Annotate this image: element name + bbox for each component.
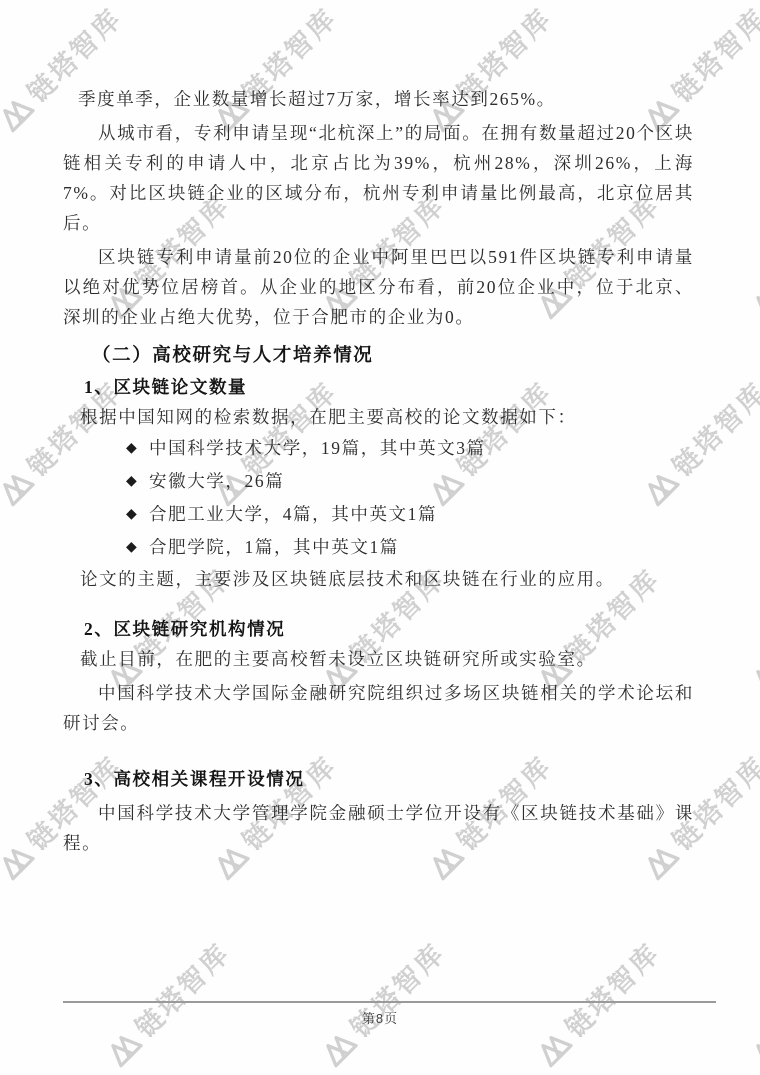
bullet-list: ◆中国科学技术大学，19篇，其中英文3篇◆安徽大学，26篇◆合肥工业大学，4篇，… [63, 432, 694, 564]
subsection-heading: 1、区块链论文数量 [63, 372, 694, 402]
bullet-item: ◆合肥学院，1篇，其中英文1篇 [63, 531, 694, 564]
watermark-text: 链塔智库 [555, 932, 667, 1044]
liantazhiku-logo-icon [317, 1025, 359, 1067]
liantazhiku-logo-icon [747, 651, 760, 693]
watermark: 链塔智库 [742, 932, 760, 1072]
footer-rule [63, 1001, 716, 1003]
watermark-text: 链塔智库 [340, 932, 452, 1044]
bullet-item: ◆合肥工业大学，4篇，其中英文1篇 [63, 498, 694, 531]
subsection-heading: 2、区块链研究机构情况 [63, 614, 694, 644]
paragraph: 从城市看，专利申请呈现“北杭深上”的局面。在拥有数量超过20个区块链相关专利的申… [63, 118, 694, 238]
paragraph: 中国科学技术大学管理学院金融硕士学位开设有《区块链技术基础》课程。 [63, 798, 694, 858]
bullet-item: ◆安徽大学，26篇 [63, 465, 694, 498]
liantazhiku-logo-icon [747, 277, 760, 319]
subsection-heading: 3、高校相关课程开设情况 [63, 764, 694, 794]
bullet-text: 合肥工业大学，4篇，其中英文1篇 [149, 504, 437, 524]
liantazhiku-logo-icon [0, 464, 37, 506]
paragraph: 论文的主题，主要涉及区块链底层技术和区块链在行业的应用。 [63, 564, 694, 594]
liantazhiku-logo-icon [747, 1025, 760, 1067]
paragraph: 区块链专利申请量前20位的企业中阿里巴巴以591件区块链专利申请量以绝对优势位居… [63, 242, 694, 332]
liantazhiku-logo-icon [0, 90, 37, 132]
diamond-icon: ◆ [126, 531, 138, 564]
watermark: 链塔智库 [742, 558, 760, 698]
diamond-icon: ◆ [126, 465, 138, 498]
paragraph: 截止目前，在肥的主要高校暂未设立区块链研究所或实验室。 [63, 644, 694, 674]
watermark: 链塔智库 [742, 184, 760, 324]
bullet-item: ◆中国科学技术大学，19篇，其中英文3篇 [63, 432, 694, 465]
page-number: 第8页 [0, 1008, 760, 1027]
bullet-text: 中国科学技术大学，19篇，其中英文3篇 [149, 438, 486, 458]
bullet-text: 合肥学院，1篇，其中英文1篇 [149, 537, 399, 557]
document-content: 季度单季，企业数量增长超过7万家，增长率达到265%。从城市看，专利申请呈现“北… [63, 0, 694, 858]
diamond-icon: ◆ [126, 498, 138, 531]
liantazhiku-logo-icon [102, 1025, 144, 1067]
bullet-text: 安徽大学，26篇 [149, 471, 284, 491]
paragraph: 中国科学技术大学国际金融研究院组织过多场区块链相关的学术论坛和研讨会。 [63, 678, 694, 738]
liantazhiku-logo-icon [0, 838, 37, 880]
paragraph: 根据中国知网的检索数据，在肥主要高校的论文数据如下： [63, 402, 694, 432]
watermark-text: 链塔智库 [125, 932, 237, 1044]
diamond-icon: ◆ [126, 432, 138, 465]
document-page: 链塔智库链塔智库链塔智库链塔智库链塔智库链塔智库链塔智库链塔智库链塔智库链塔智库… [0, 0, 760, 1075]
liantazhiku-logo-icon [532, 1025, 574, 1067]
paragraph: 季度单季，企业数量增长超过7万家，增长率达到265%。 [63, 84, 694, 114]
section-heading: （二）高校研究与人才培养情况 [63, 340, 694, 372]
